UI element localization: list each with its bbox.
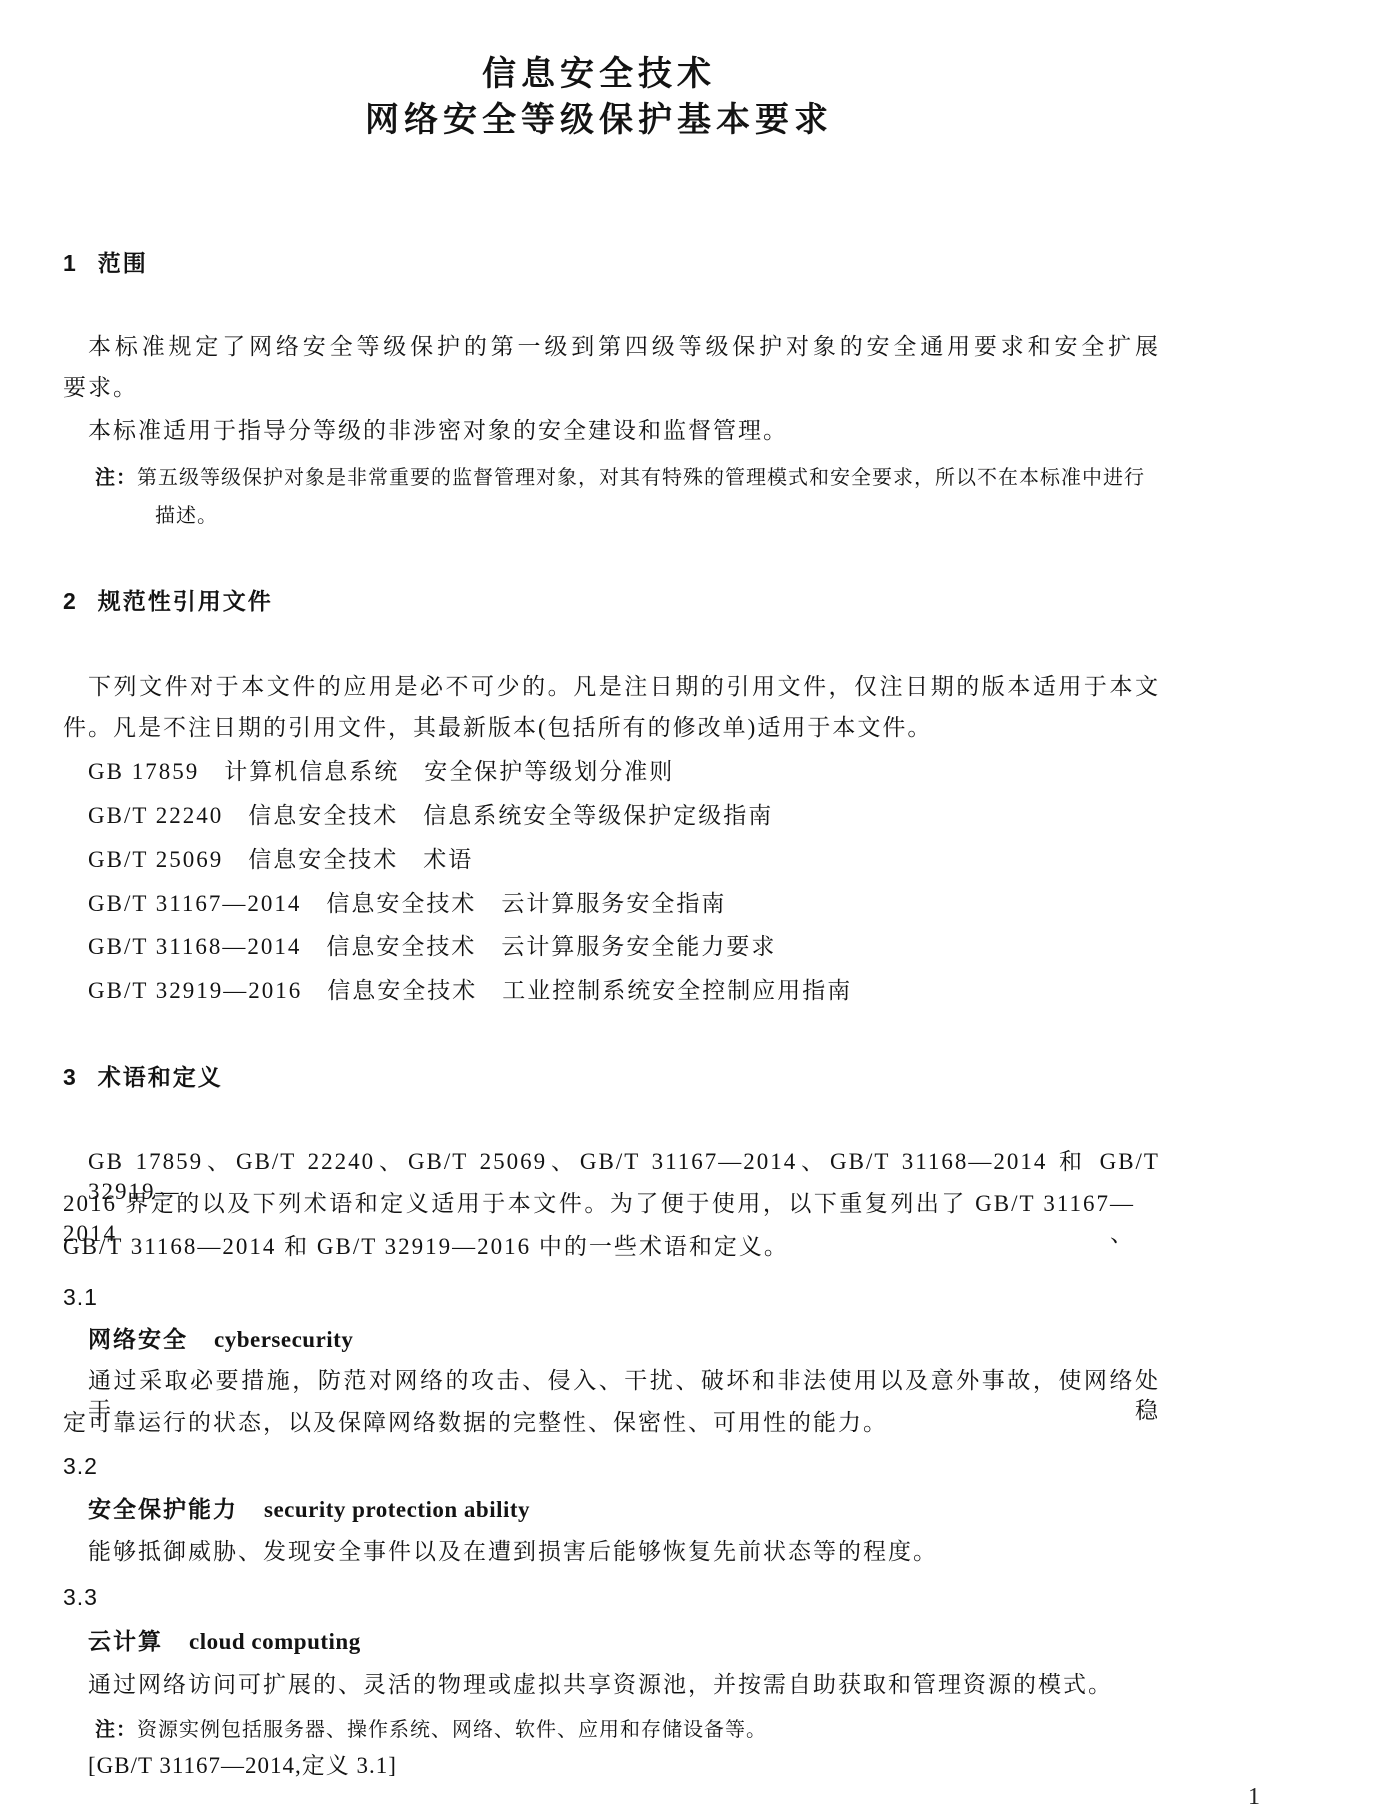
note-text: 第五级等级保护对象是非常重要的监督管理对象，对其有特殊的管理模式和安全要求，所以… (137, 467, 1145, 489)
section-heading-scope: 1范围 (63, 248, 1135, 278)
scope-paragraph-line: 要求。 (63, 373, 1135, 403)
reference-item: GB/T 31167—2014 信息安全技术 云计算服务安全指南 (63, 889, 1160, 919)
standard-document-page: 信息安全技术 网络安全等级保护基本要求 1范围 本标准规定了网络安全等级保护的第… (0, 0, 1377, 1820)
note-label: 注： (95, 467, 137, 489)
scope-paragraph-line: 本标准规定了网络安全等级保护的第一级到第四级等级保护对象的安全通用要求和安全扩展 (63, 332, 1160, 362)
reference-item: GB/T 25069 信息安全技术 术语 (63, 845, 1160, 875)
section-title: 术语和定义 (98, 1064, 223, 1090)
document-title-line-2: 网络安全等级保护基本要求 (63, 100, 1135, 140)
section-title: 规范性引用文件 (98, 588, 273, 614)
term-en: cloud computing (189, 1629, 361, 1654)
scope-note-line: 注：第五级等级保护对象是非常重要的监督管理对象，对其有特殊的管理模式和安全要求，… (63, 463, 1167, 493)
term-definition-line: 通过网络访问可扩展的、灵活的物理或虚拟共享资源池，并按需自助获取和管理资源的模式… (63, 1670, 1160, 1700)
term-heading-cybersecurity: 网络安全cybersecurity (63, 1324, 1160, 1358)
clause-number-3-3: 3.3 (63, 1582, 1135, 1612)
clause-number-3-1: 3.1 (63, 1282, 1135, 1312)
term-definition-line: 能够抵御威胁、发现安全事件以及在遭到损害后能够恢复先前状态等的程度。 (63, 1537, 1160, 1567)
term-zh: 安全保护能力 (88, 1496, 238, 1522)
term-zh: 云计算 (88, 1628, 163, 1654)
clause-number-3-2: 3.2 (63, 1451, 1135, 1481)
section-heading-terms: 3术语和定义 (63, 1062, 1135, 1092)
term-en: security protection ability (264, 1497, 530, 1522)
scope-paragraph-line: 本标准适用于指导分等级的非涉密对象的安全建设和监督管理。 (63, 416, 1160, 446)
reference-item: GB/T 32919—2016 信息安全技术 工业控制系统安全控制应用指南 (63, 976, 1160, 1006)
term-heading-security-protection-ability: 安全保护能力security protection ability (63, 1494, 1160, 1528)
term-definition-line: 定可靠运行的状态，以及保障网络数据的完整性、保密性、可用性的能力。 (63, 1408, 1135, 1438)
reference-item: GB/T 31168—2014 信息安全技术 云计算服务安全能力要求 (63, 932, 1160, 962)
reference-item: GB 17859 计算机信息系统 安全保护等级划分准则 (63, 757, 1160, 787)
document-title-line-1: 信息安全技术 (63, 54, 1135, 94)
scope-note-line: 描述。 (63, 501, 1227, 531)
section-number: 1 (63, 250, 76, 276)
section-number: 2 (63, 588, 76, 614)
document-content: 信息安全技术 网络安全等级保护基本要求 1范围 本标准规定了网络安全等级保护的第… (63, 0, 1135, 1820)
section-title: 范围 (98, 250, 148, 276)
references-paragraph-line: 下列文件对于本文件的应用是必不可少的。凡是注日期的引用文件，仅注日期的版本适用于… (63, 672, 1160, 702)
section-number: 3 (63, 1064, 76, 1090)
term-note-line: 注：资源实例包括服务器、操作系统、网络、软件、应用和存储设备等。 (63, 1715, 1167, 1745)
term-heading-cloud-computing: 云计算cloud computing (63, 1626, 1160, 1660)
term-citation: [GB/T 31167—2014,定义 3.1] (63, 1751, 1160, 1781)
note-label: 注： (95, 1719, 137, 1741)
term-en: cybersecurity (214, 1327, 353, 1352)
terms-paragraph-line: GB/T 31168—2014 和 GB/T 32919—2016 中的一些术语… (63, 1232, 1135, 1262)
page-number: 1 (1248, 1784, 1260, 1811)
reference-item: GB/T 22240 信息安全技术 信息系统安全等级保护定级指南 (63, 801, 1160, 831)
references-paragraph-line: 件。凡是不注日期的引用文件，其最新版本(包括所有的修改单)适用于本文件。 (63, 713, 1135, 743)
term-zh: 网络安全 (88, 1326, 188, 1352)
section-heading-references: 2规范性引用文件 (63, 586, 1135, 616)
note-text: 资源实例包括服务器、操作系统、网络、软件、应用和存储设备等。 (137, 1719, 767, 1741)
